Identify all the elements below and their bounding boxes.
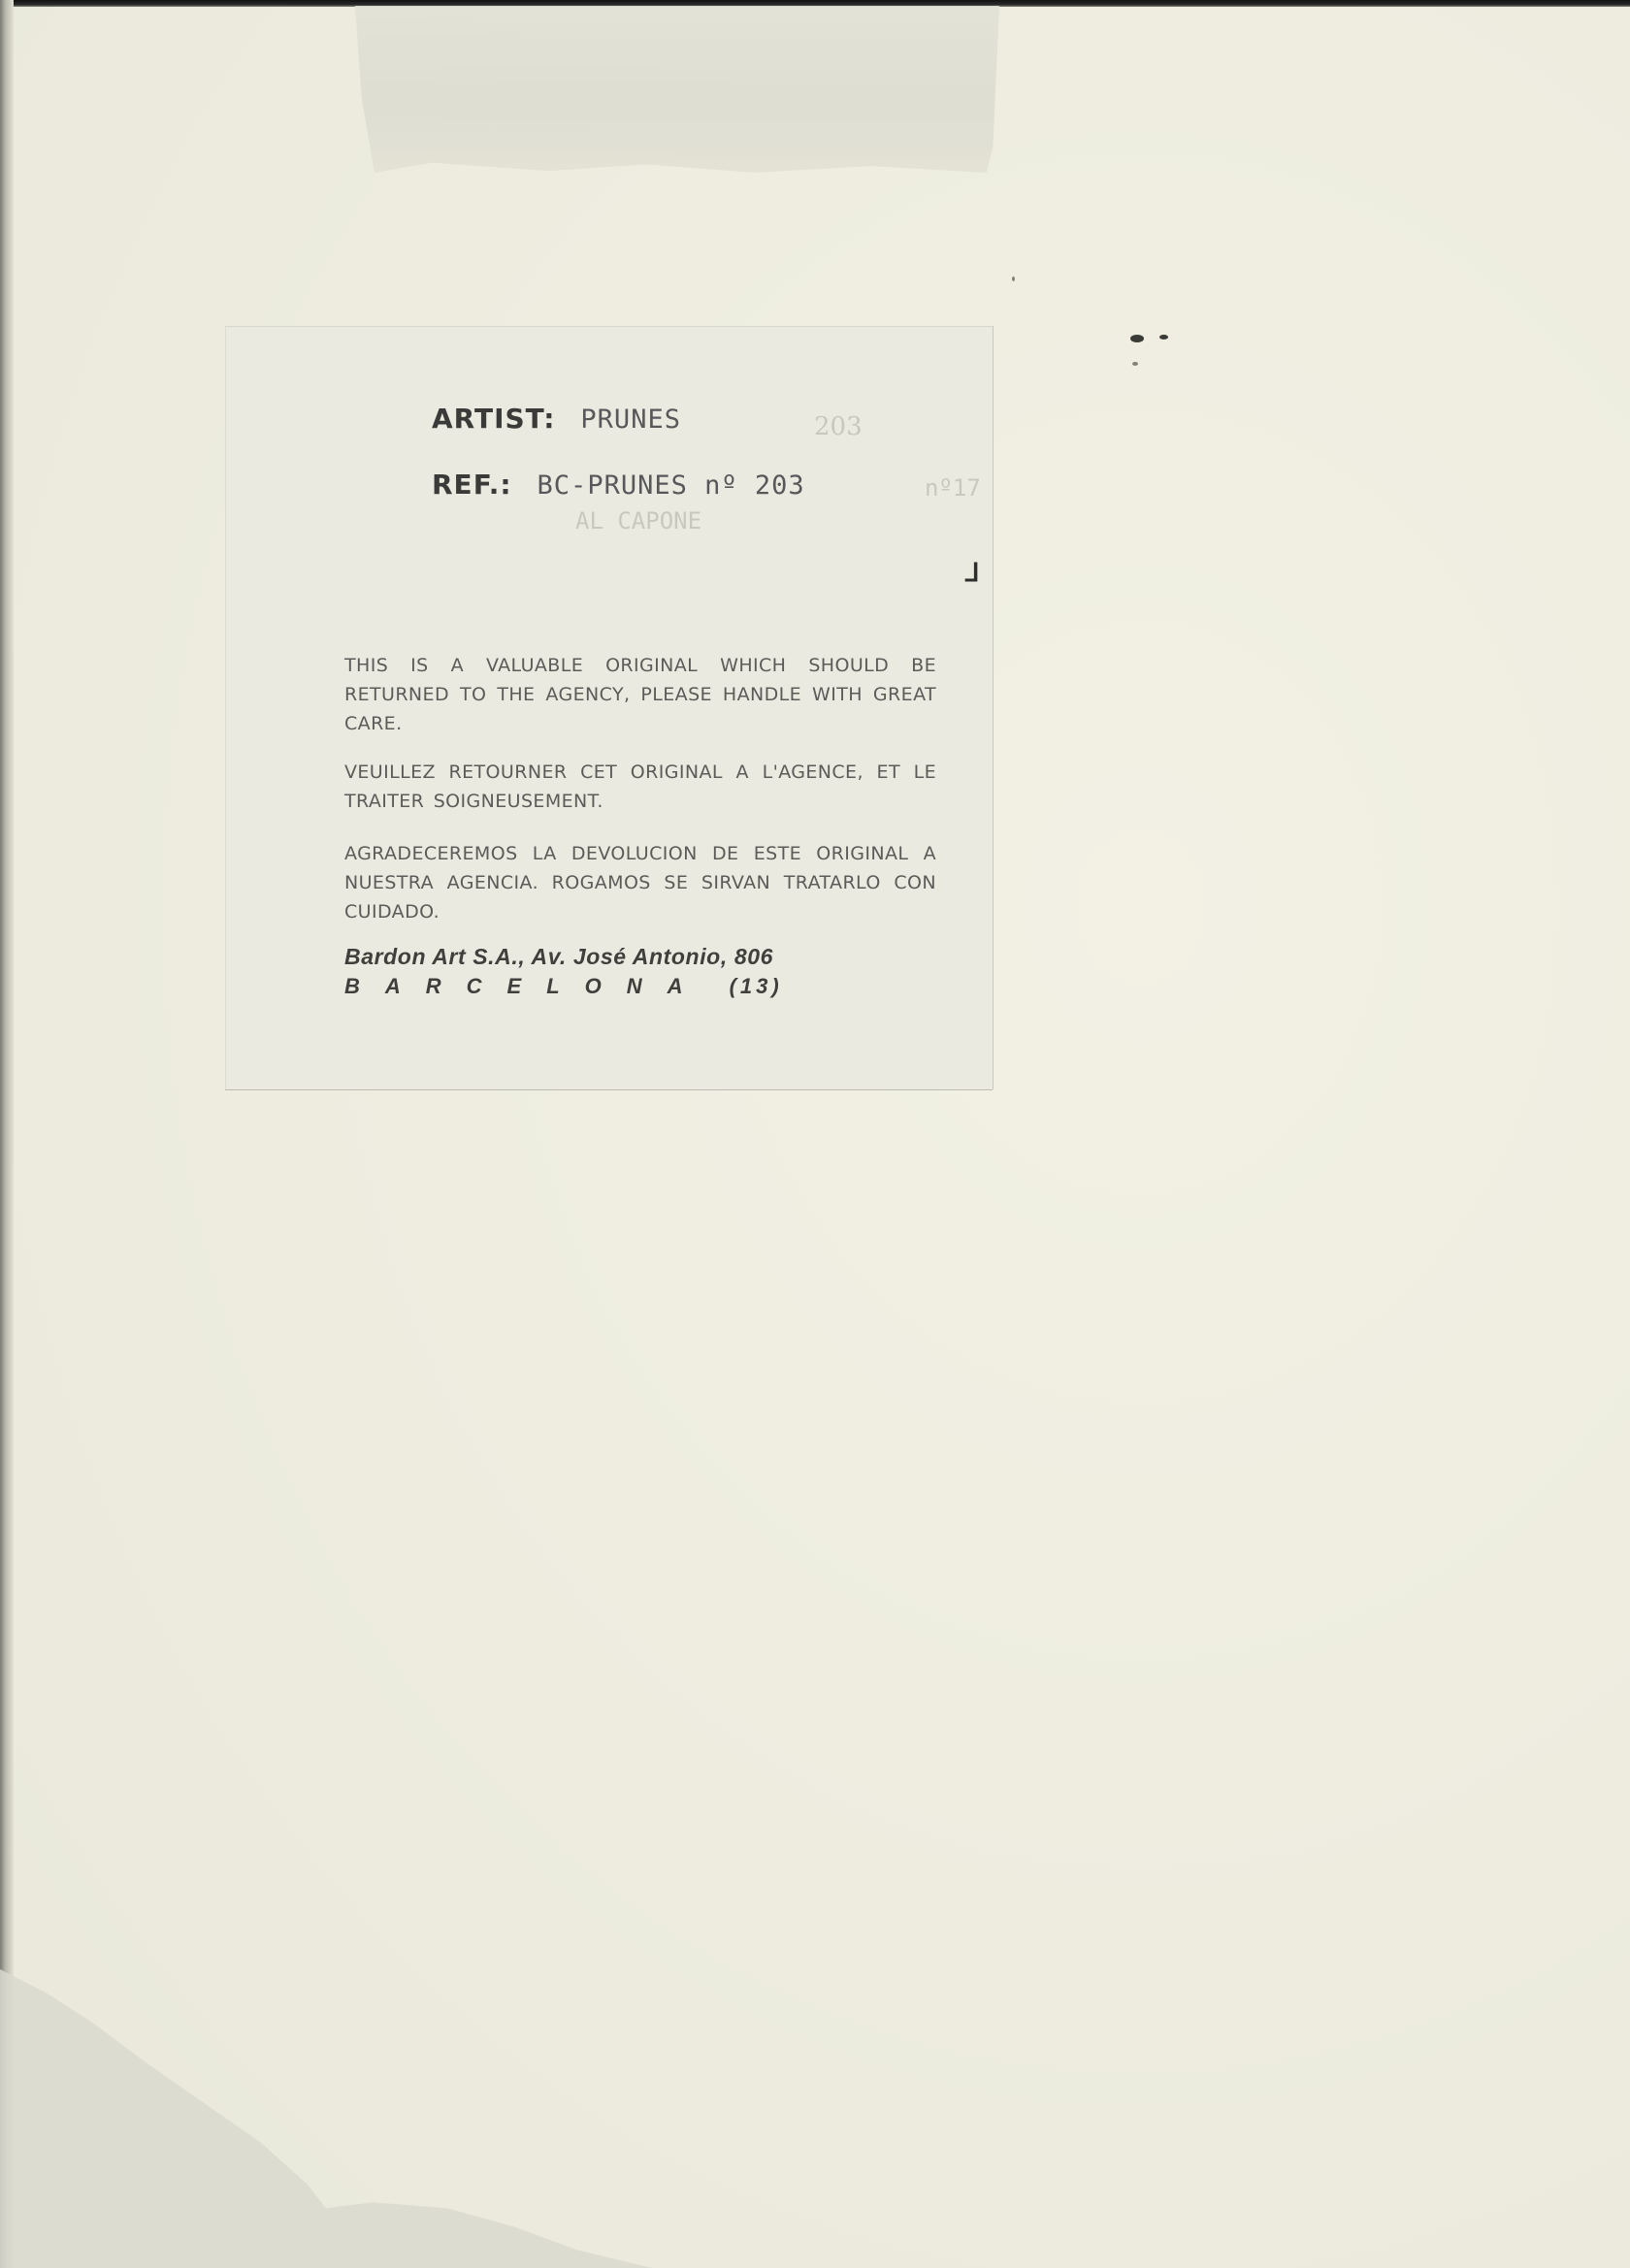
- ink-speck: [1132, 362, 1138, 366]
- underprint-tail: nº17: [925, 474, 981, 502]
- scan-left-edge: [0, 0, 14, 2268]
- agency-address: Bardon Art S.A., Av. José Antonio, 806: [344, 944, 946, 970]
- water-stain: [0, 1969, 931, 2268]
- underprint-text: AL CAPONE: [575, 507, 701, 535]
- scan-top-edge: [0, 0, 1630, 7]
- reference-label: REF.:: [432, 469, 512, 501]
- tape-residue: [355, 6, 999, 173]
- document-page-back: 203 AL CAPONE nº17 ARTIST: PRUNES REF.: …: [0, 0, 1630, 2268]
- ink-speck: [1012, 276, 1015, 281]
- agency-city-line: BARCELONA (13): [344, 974, 946, 999]
- artist-field: ARTIST: PRUNES: [432, 403, 681, 435]
- reference-field: REF.: BC-PRUNES nº 203: [432, 469, 805, 501]
- ink-speck: [1159, 335, 1168, 340]
- pen-mark: ⅃: [965, 558, 980, 588]
- handwritten-number: 203: [814, 412, 863, 441]
- notice-french: VEUILLEZ RETOURNER CET ORIGINAL A L'AGEN…: [344, 758, 936, 816]
- notice-spanish: AGRADECEREMOS LA DEVOLUCION DE ESTE ORIG…: [344, 839, 936, 926]
- reference-value: BC-PRUNES nº 203: [538, 470, 805, 501]
- artist-value: PRUNES: [580, 405, 681, 435]
- artist-label: ARTIST:: [432, 403, 555, 435]
- ink-speck: [1130, 335, 1144, 342]
- agency-zip: (13): [730, 974, 783, 999]
- agency-city: BARCELONA: [344, 974, 708, 999]
- agency-address-block: Bardon Art S.A., Av. José Antonio, 806 B…: [344, 944, 946, 999]
- agency-label: 203 AL CAPONE nº17 ARTIST: PRUNES REF.: …: [225, 326, 993, 1089]
- notice-english: THIS IS A VALUABLE ORIGINAL WHICH SHOULD…: [344, 651, 936, 738]
